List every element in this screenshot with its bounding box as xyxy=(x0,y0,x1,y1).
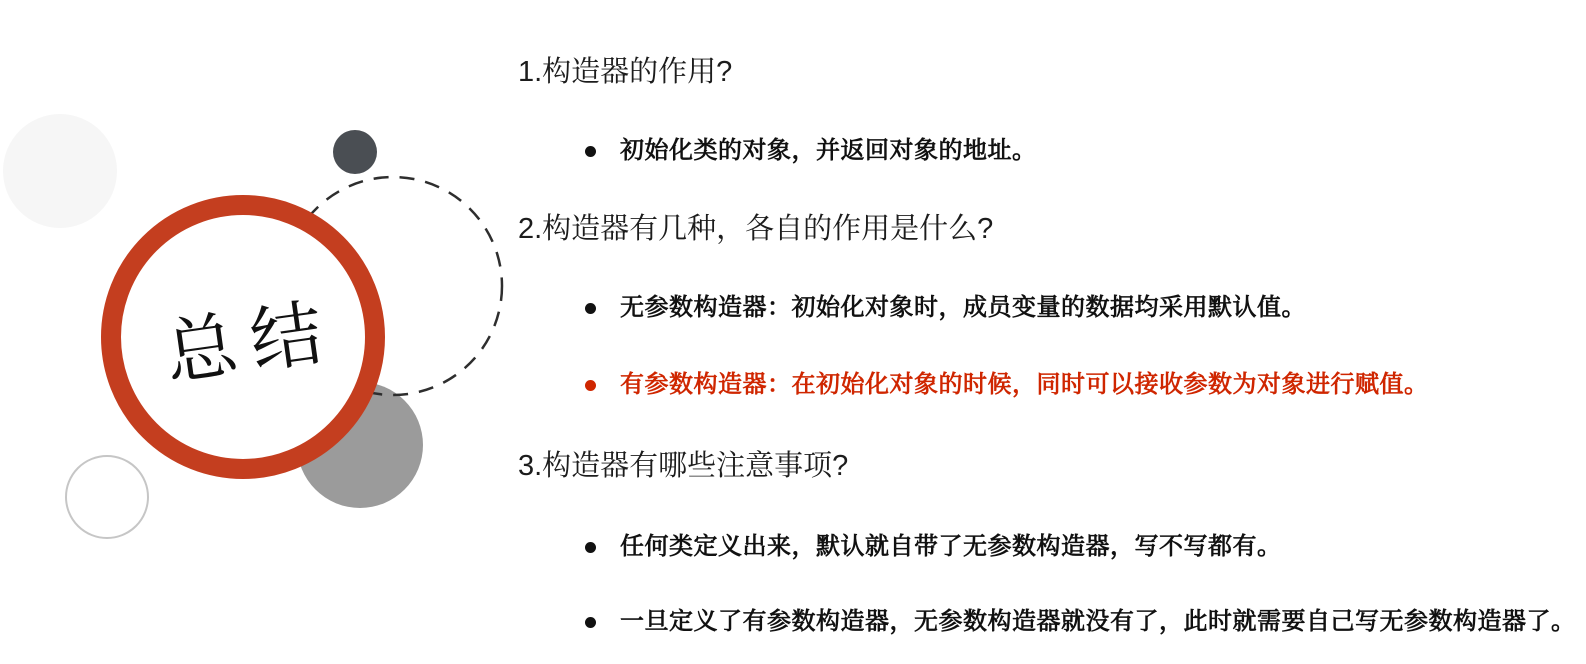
question-2-title: 2.构造器有几种，各自的作用是什么? xyxy=(518,213,993,245)
summary-slide: 总结 1.构造器的作用? 初始化类的对象，并返回对象的地址。 2.构造器有几种，… xyxy=(0,0,1586,664)
question-2-bullet-1: 无参数构造器：初始化对象时，成员变量的数据均采用默认值。 xyxy=(585,294,1306,322)
question-1-bullet-1: 初始化类的对象，并返回对象的地址。 xyxy=(585,137,1037,165)
bullet-dot-icon xyxy=(585,617,596,628)
bullet-dot-icon xyxy=(585,542,596,553)
bullet-text: 一旦定义了有参数构造器，无参数构造器就没有了，此时就需要自己写无参数构造器了。 xyxy=(620,608,1576,636)
bullet-text: 无参数构造器：初始化对象时，成员变量的数据均采用默认值。 xyxy=(620,294,1306,322)
question-2-bullet-2-emphasized: 有参数构造器：在初始化对象的时候，同时可以接收参数为对象进行赋值。 xyxy=(585,371,1429,399)
light-gray-circle xyxy=(3,114,117,228)
bullet-dot-icon xyxy=(585,380,596,391)
bullet-text: 任何类定义出来，默认就自带了无参数构造器，写不写都有。 xyxy=(620,533,1282,561)
summary-badge-circle: 总结 xyxy=(101,195,385,479)
question-3-bullet-1: 任何类定义出来，默认就自带了无参数构造器，写不写都有。 xyxy=(585,533,1282,561)
bullet-dot-icon xyxy=(585,146,596,157)
bullet-dot-icon xyxy=(585,303,596,314)
small-dark-circle xyxy=(333,130,377,174)
bullet-text: 初始化类的对象，并返回对象的地址。 xyxy=(620,137,1037,165)
question-1-title: 1.构造器的作用? xyxy=(518,56,732,88)
question-3-title: 3.构造器有哪些注意事项? xyxy=(518,450,848,482)
bullet-text-emphasized: 有参数构造器：在初始化对象的时候，同时可以接收参数为对象进行赋值。 xyxy=(620,371,1429,399)
summary-badge-label: 总结 xyxy=(144,273,343,402)
outlined-circle xyxy=(65,455,149,539)
question-3-bullet-2: 一旦定义了有参数构造器，无参数构造器就没有了，此时就需要自己写无参数构造器了。 xyxy=(585,608,1576,636)
